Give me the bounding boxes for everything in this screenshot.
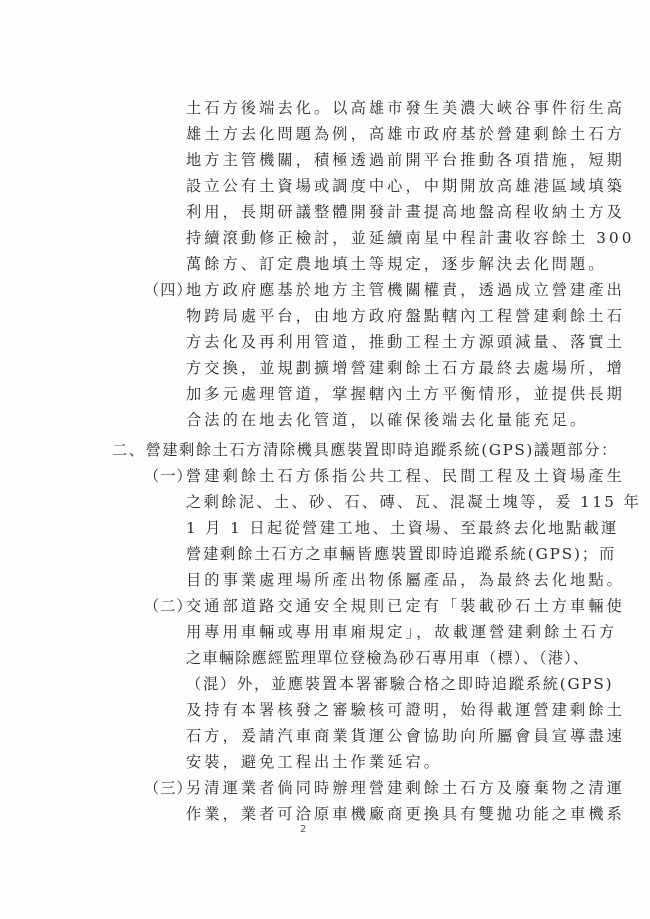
text-line: 營建剩餘土石方之車輛皆應裝置即時追蹤系統(GPS)；而 xyxy=(186,542,616,566)
text-line: 合法的在地去化管道，以確保後端去化量能充足。 xyxy=(186,408,588,432)
text-line: 1 月 1 日起從營建工地、土資場、至最終去化地點載運 xyxy=(186,516,619,540)
text-line: 石方，爰請汽車商業貨運公會協助向所屬會員宣導盡速 xyxy=(186,724,625,748)
text-line: 土石方後端去化。以高雄市發生美濃大峽谷事件衍生高 xyxy=(186,96,625,120)
text-line: 交通部道路交通安全規則已定有「裝載砂石土方車輛使 xyxy=(186,594,625,618)
text-line: 之車輛除應經監理單位登檢為砂石專用車（標）、（港）、 xyxy=(186,646,589,670)
text-line: 另清運業者倘同時辦理營建剩餘土石方及廢棄物之清運 xyxy=(186,776,625,800)
text-line: 地方主管機關，積極透過前開平台推動各項措施，短期 xyxy=(186,148,625,172)
text-line: 目的事業處理場所產出物係屬產品，為最終去化地點。 xyxy=(186,568,625,592)
text-line: 安裝，避免工程出土作業延宕。 xyxy=(186,750,442,774)
section-heading: 二、營建剩餘土石方清除機具應裝置即時追蹤系統(GPS)議題部分： xyxy=(112,438,618,462)
text-line: 萬餘方、訂定農地填土等規定，逐步解決去化問題。 xyxy=(186,252,607,276)
text-line: 雄土方去化問題為例，高雄市政府基於營建剩餘土石方 xyxy=(186,122,625,146)
text-line: 用專用車輛或專用車廂規定」，故載運營建剩餘土石方 xyxy=(186,620,617,644)
text-line: 設立公有土資場或調度中心，中期開放高雄港區域填築 xyxy=(186,174,625,198)
text-line: 之剩餘泥、土、砂、石、磚、瓦、混凝土塊等，爰 115 年 xyxy=(186,490,641,514)
document-page: 土石方後端去化。以高雄市發生美濃大峽谷事件衍生高 雄土方去化問題為例，高雄市政府… xyxy=(0,0,650,919)
text-line: 持續滾動修正檢討，並延續南星中程計畫收容餘土 300 xyxy=(186,226,635,250)
text-line: 地方政府應基於地方主管機關權責，透過成立營建產出 xyxy=(186,278,625,302)
text-line: 及持有本署核發之審驗核可證明，始得載運營建剩餘土 xyxy=(186,698,625,722)
page-number: 2 xyxy=(300,824,306,835)
text-line: （混）外，並應裝置本署審驗合格之即時追蹤系統(GPS) xyxy=(186,672,613,696)
text-line: 加多元處理管道，掌握轄內土方平衡情形，並提供長期 xyxy=(186,382,625,406)
text-line: 物跨局處平台，由地方政府盤點轄內工程營建剩餘土石 xyxy=(186,304,625,328)
text-line: 作業，業者可洽原車機廠商更換具有雙拋功能之車機系 xyxy=(186,802,625,826)
text-line: 利用，長期研議整體開發計畫提高地盤高程收納土方及 xyxy=(186,200,625,224)
text-line: 方去化及再利用管道，推動工程土方源頭減量、落實土 xyxy=(186,330,625,354)
text-line: 營建剩餘土石方係指公共工程、民間工程及土資場產生 xyxy=(186,464,625,488)
text-line: 方交換，並規劃擴增營建剩餘土石方最終去處場所，增 xyxy=(186,356,625,380)
